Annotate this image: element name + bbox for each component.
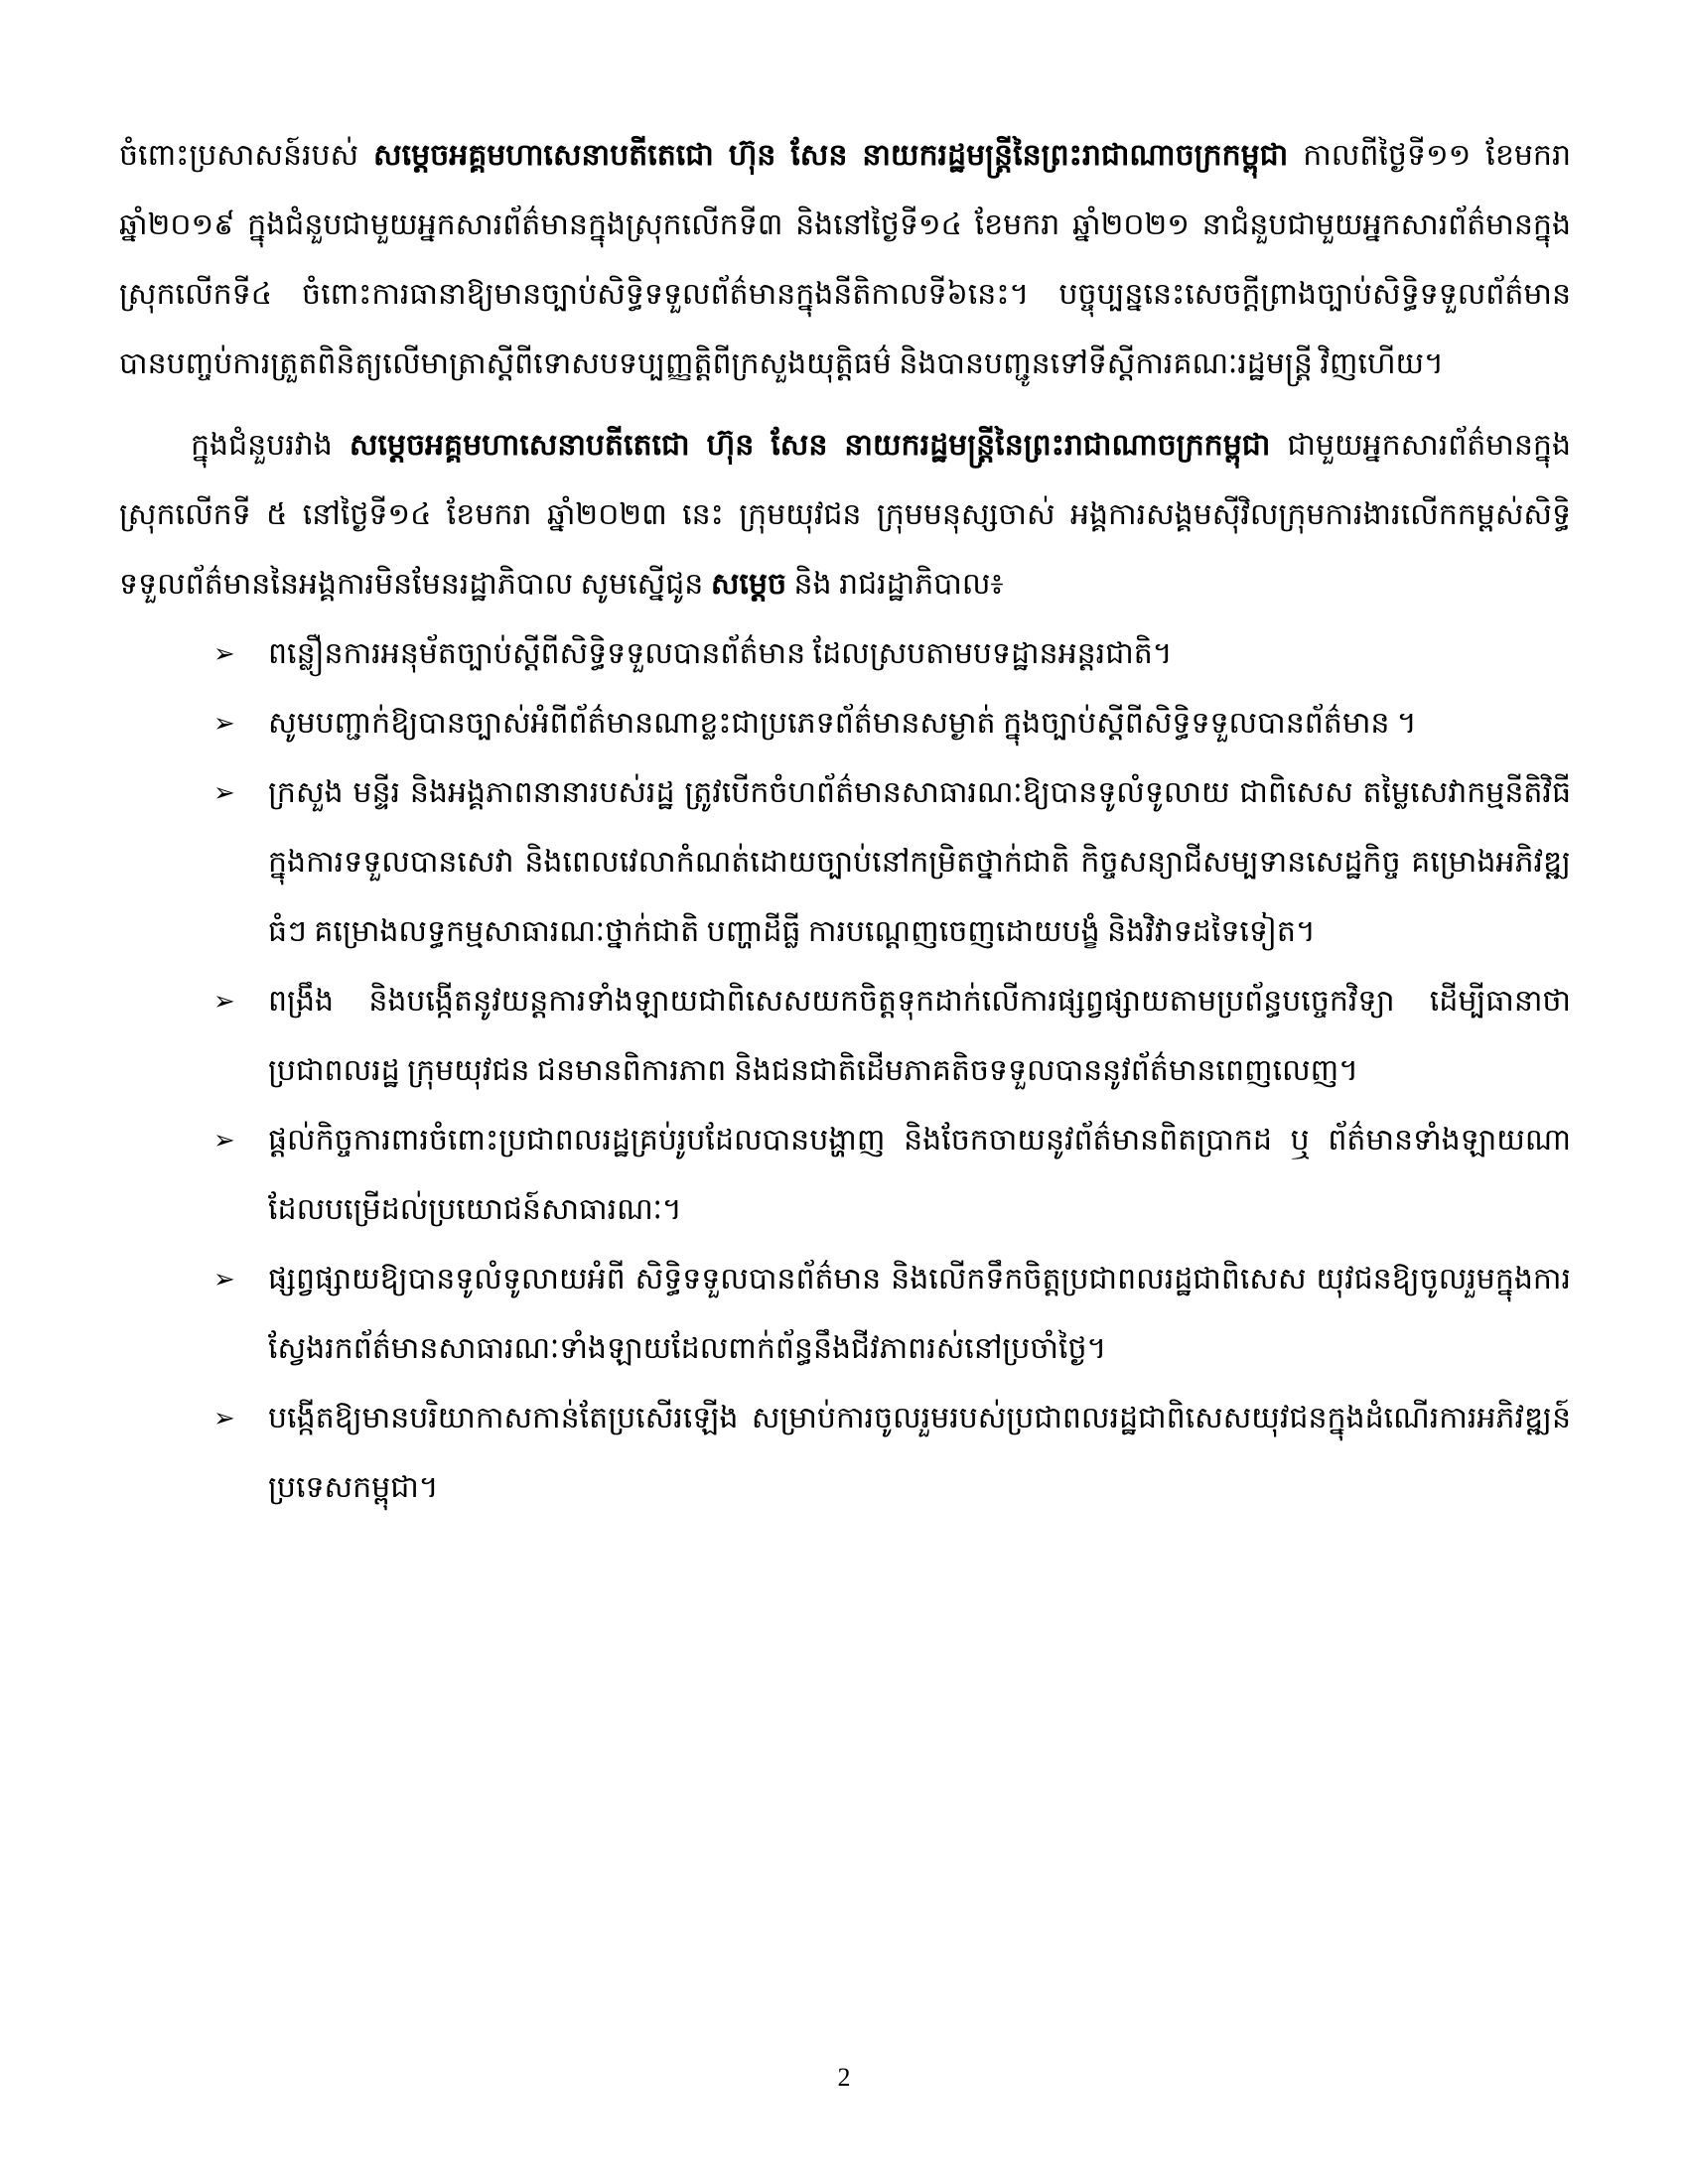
list-item-text: ពង្រឹង និងបង្កើតនូវយន្តការទាំងឡាយជាពិសេស… — [268, 985, 1571, 1087]
list-item-text: ពន្លឿនការអនុម័តច្បាប់ស្តីពីសិទ្ធិទទួលបាន… — [268, 637, 1173, 670]
paragraph-1: ចំពោះប្រសាសន៍របស់ សម្តេចអគ្គមហាសេនាបតីតេ… — [119, 121, 1571, 399]
list-item: ➢ ផ្សព្វផ្សាយឱ្យបានទូលំទូលាយអំពី សិទ្ធិទ… — [213, 1245, 1571, 1384]
page-number: 2 — [0, 2063, 1688, 2093]
paragraph-1-body-text: កាលពីថ្ងៃទី១១ ខែមករា ឆ្នាំ២០១៩ ក្នុងជំនួ… — [119, 139, 1571, 380]
list-item-text: ផ្តល់កិច្ចការពារចំពោះប្រជាពលរដ្ឋគ្រប់រូប… — [268, 1124, 1571, 1226]
paragraph-1-bold-title: សម្តេចអគ្គមហាសេនាបតីតេជោ ហ៊ុន សែន នាយករដ… — [373, 139, 1288, 172]
list-item: ➢ ផ្តល់កិច្ចការពារចំពោះប្រជាពលរដ្ឋគ្រប់រ… — [213, 1106, 1571, 1245]
paragraph-2-lead-text: ក្នុងជំនួបរវាង — [191, 429, 350, 462]
arrow-bullet-icon: ➢ — [213, 967, 235, 1036]
request-list: ➢ ពន្លឿនការអនុម័តច្បាប់ស្តីពីសិទ្ធិទទួលប… — [213, 619, 1571, 1523]
paragraph-2: ក្នុងជំនួបរវាង សម្តេចអគ្គមហាសេនាបតីតេជោ … — [119, 411, 1571, 619]
list-item: ➢ ពង្រឹង និងបង្កើតនូវយន្តការទាំងឡាយជាពិស… — [213, 967, 1571, 1106]
list-item-text: ក្រសួង មន្ទីរ និងអង្គភាពនានារបស់រដ្ឋ ត្រ… — [268, 776, 1571, 948]
paragraph-2-bold-title: សម្តេចអគ្គមហាសេនាបតីតេជោ ហ៊ុន សែន នាយករដ… — [350, 429, 1270, 462]
list-item-text: ផ្សព្វផ្សាយឱ្យបានទូលំទូលាយអំពី សិទ្ធិទទួ… — [268, 1263, 1571, 1365]
list-item: ➢ សូមបញ្ជាក់ឱ្យបានច្បាស់អំពីព័ត៌មានណាខ្ល… — [213, 689, 1571, 758]
document-page: ចំពោះប្រសាសន៍របស់ សម្តេចអគ្គមហាសេនាបតីតេ… — [0, 0, 1688, 2184]
paragraph-2-tail-text: និង រាជរដ្ឋាភិបាល៖ — [793, 568, 1003, 601]
list-item: ➢ ពន្លឿនការអនុម័តច្បាប់ស្តីពីសិទ្ធិទទួលប… — [213, 619, 1571, 689]
list-item-text: បង្កើតឱ្យមានបរិយាកាសកាន់តែប្រសើរឡើង សម្រ… — [268, 1402, 1571, 1504]
arrow-bullet-icon: ➢ — [213, 1384, 235, 1453]
paragraph-2-bold-samdech: សម្តេច — [711, 568, 786, 601]
arrow-bullet-icon: ➢ — [213, 689, 235, 758]
arrow-bullet-icon: ➢ — [213, 758, 235, 828]
page-content: ចំពោះប្រសាសន៍របស់ សម្តេចអគ្គមហាសេនាបតីតេ… — [119, 121, 1571, 1523]
list-item: ➢ ក្រសួង មន្ទីរ និងអង្គភាពនានារបស់រដ្ឋ ត… — [213, 758, 1571, 967]
list-item: ➢ បង្កើតឱ្យមានបរិយាកាសកាន់តែប្រសើរឡើង សម… — [213, 1384, 1571, 1523]
arrow-bullet-icon: ➢ — [213, 1106, 235, 1175]
paragraph-1-lead-text: ចំពោះប្រសាសន៍របស់ — [119, 139, 373, 172]
arrow-bullet-icon: ➢ — [213, 619, 235, 689]
list-item-text: សូមបញ្ជាក់ឱ្យបានច្បាស់អំពីព័ត៌មានណាខ្លះជ… — [268, 707, 1417, 740]
arrow-bullet-icon: ➢ — [213, 1245, 235, 1314]
